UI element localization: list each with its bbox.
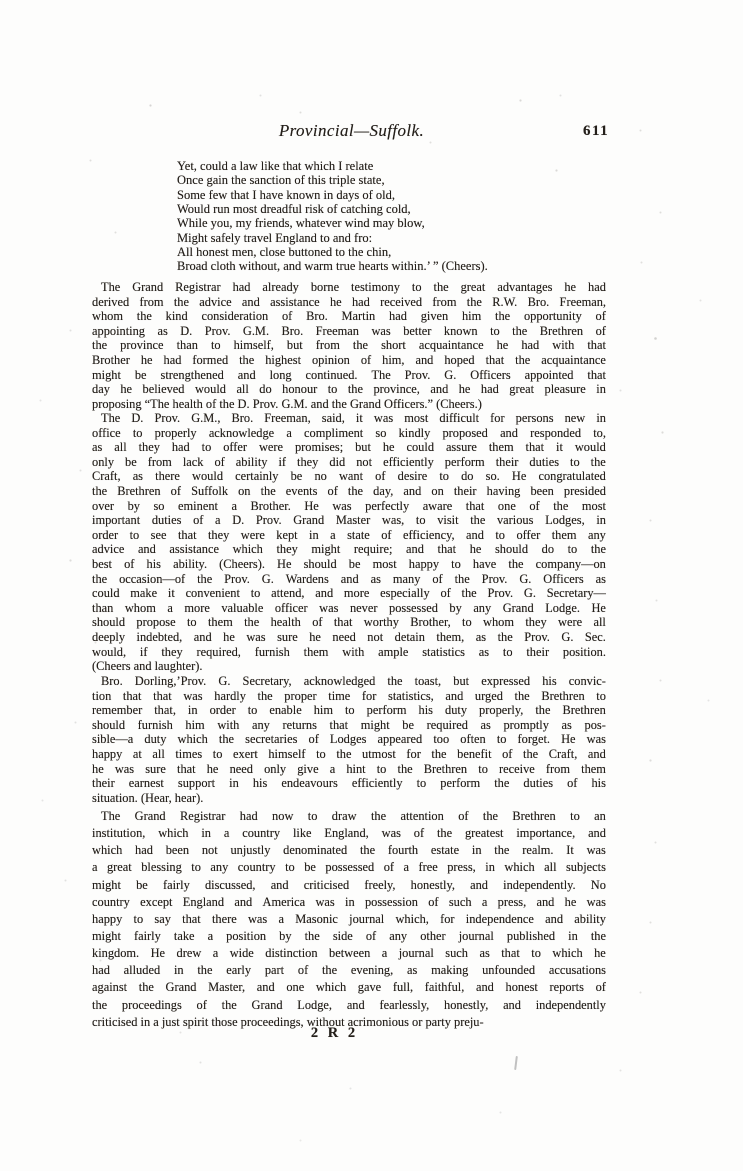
text-line: theoccasion—oftheProv.G.Wardensandasmany… [92,572,606,587]
text-line: institution,whichinacountrylikeEngland,w… [92,825,606,842]
text-line: TheD.Prov.G.M.,Bro.Freeman,said,itwasmos… [92,411,606,426]
text-line: rememberthat,inordertoenablehimtoperform… [92,703,606,718]
text-line: agreatblessingtoanycountrytobepossessedo… [92,859,606,876]
text-line: Yet, could a law like that which I relat… [177,159,488,173]
paragraph-grand-registrar-toast: TheGrandRegistrarhadalreadybornetestimon… [92,280,606,411]
poem-block: Yet, could a law like that which I relat… [177,159,488,274]
text-line: shouldproposetothemthehealthofthatworthy… [92,615,606,630]
text-line: whomthekindconsiderationofBro.Martinhadg… [92,309,606,324]
text-line: (Cheers and laughter). [92,659,606,674]
text-line: Bro.Dorling,’Prov.G.Secretary,acknowledg… [92,674,606,689]
text-line: situation. (Hear, hear). [92,791,606,806]
text-line: mightbestrengthenedandlongcontinued.TheP… [92,368,606,383]
text-line: theprovincethantohimself,butfromtheshort… [92,338,606,353]
running-head-title: Provincial—Suffolk. [95,121,608,141]
text-line: tionthatthatwashardlythepropertimeforsta… [92,689,606,704]
text-line: countryexceptEnglandandAmericawasinposse… [92,894,606,911]
text-line: proposing “The health of the D. Prov. G.… [92,397,606,412]
text-line: mightbefairlydiscussed,andcriticisedfree… [92,877,606,894]
text-line: adviceandassistancewhichtheymightrequire… [92,542,606,557]
paragraph-dorling-reply: Bro.Dorling,’Prov.G.Secretary,acknowledg… [92,674,606,805]
text-line: mightfairlytakeapositionbythesideofanyot… [92,928,606,945]
text-line: Might safely travel England to and fro: [177,231,488,245]
text-line: officetoproperlyacknowledgeacomplimentso… [92,426,606,441]
text-line: importantdutiesofaD.Prov.GrandMasterwas,… [92,513,606,528]
text-line: Craft,astherewouldcertainlybenowantofdes… [92,469,606,484]
text-line: couldmakeitconvenienttoattend,andmoreesp… [92,586,606,601]
text-line: whichhadbeennotunjustlydenominatedthefou… [92,842,606,859]
text-line: thanwhomamorevaluableofficerwasneverposs… [92,601,606,616]
text-line: would,iftheyrequired,furnishthemwithampl… [92,645,606,660]
paragraph-free-press: TheGrandRegistrarhadnowtodrawtheattentio… [92,808,606,1031]
text-line: Brotherhehadformedthehighestopinionofhim… [92,353,606,368]
text-line: While you, my friends, whatever wind may… [177,216,488,230]
text-line: asalltheyhadtoofferwerepromises;buthecou… [92,440,606,455]
text-line: theBrethrenofSuffolkontheeventsoftheday,… [92,484,606,499]
text-line: theproceedingsoftheGrandLodge,andfearles… [92,997,606,1014]
text-line: ordertoseethattheywerekeptinastateofeffi… [92,528,606,543]
printers-signature: 2 R 2 [78,1025,591,1042]
text-line: Would run most dreadful risk of catching… [177,202,488,216]
scanned-document-page: Provincial—Suffolk. 611 Yet, could a law… [0,0,743,1171]
text-line: deeplyindebted,andhewassureheneednotdeta… [92,630,606,645]
text-line: dayhebelievedwouldalldohonourtotheprovin… [92,382,606,397]
text-line: hadalludedintheearlypartoftheevening,asm… [92,962,606,979]
text-line: Broad cloth without, and warm true heart… [177,259,488,273]
text-line: againsttheGrandMaster,andonewhichgaveful… [92,979,606,996]
text-line: All honest men, close buttoned to the ch… [177,245,488,259]
scan-noise-speckles [0,0,1,1]
text-line: shouldfurnishhimwithanyreturnsthatmightb… [92,718,606,733]
text-line: kingdom.Hedrewawidedistinctionbetweenajo… [92,945,606,962]
text-line: Once gain the sanction of this triple st… [177,173,488,187]
text-line: sible—adutywhichthesecretariesofLodgesap… [92,732,606,747]
text-line: happyatalltimestoexerthimselftotheutmost… [92,747,606,762]
text-line: onlybefromlackofabilityiftheydidnoteffic… [92,455,606,470]
text-line: overbysoeminentaBrother.Hewasperfectlyaw… [92,499,606,514]
text-line: bestofhisability.(Cheers).Heshouldbemost… [92,557,606,572]
text-line: appointingasD.Prov.G.M.Bro.Freemanwasbet… [92,324,606,339]
page-number: 611 [583,123,609,140]
text-line: TheGrandRegistrarhadalreadybornetestimon… [92,280,606,295]
text-line: theirearnestsupportinhisendeavourseffici… [92,776,606,791]
text-line: TheGrandRegistrarhadnowtodrawtheattentio… [92,808,606,825]
scan-artifact-squiggle [514,1056,518,1070]
text-line: happytosaythattherewasaMasonicjournalwhi… [92,911,606,928]
paragraph-freeman-reply: TheD.Prov.G.M.,Bro.Freeman,said,itwasmos… [92,411,606,674]
text-line: Some few that I have known in days of ol… [177,188,488,202]
text-line: derivedfromtheadviceandassistancehehadre… [92,295,606,310]
text-line: hewassurethatheneedonlygiveahinttotheBre… [92,762,606,777]
